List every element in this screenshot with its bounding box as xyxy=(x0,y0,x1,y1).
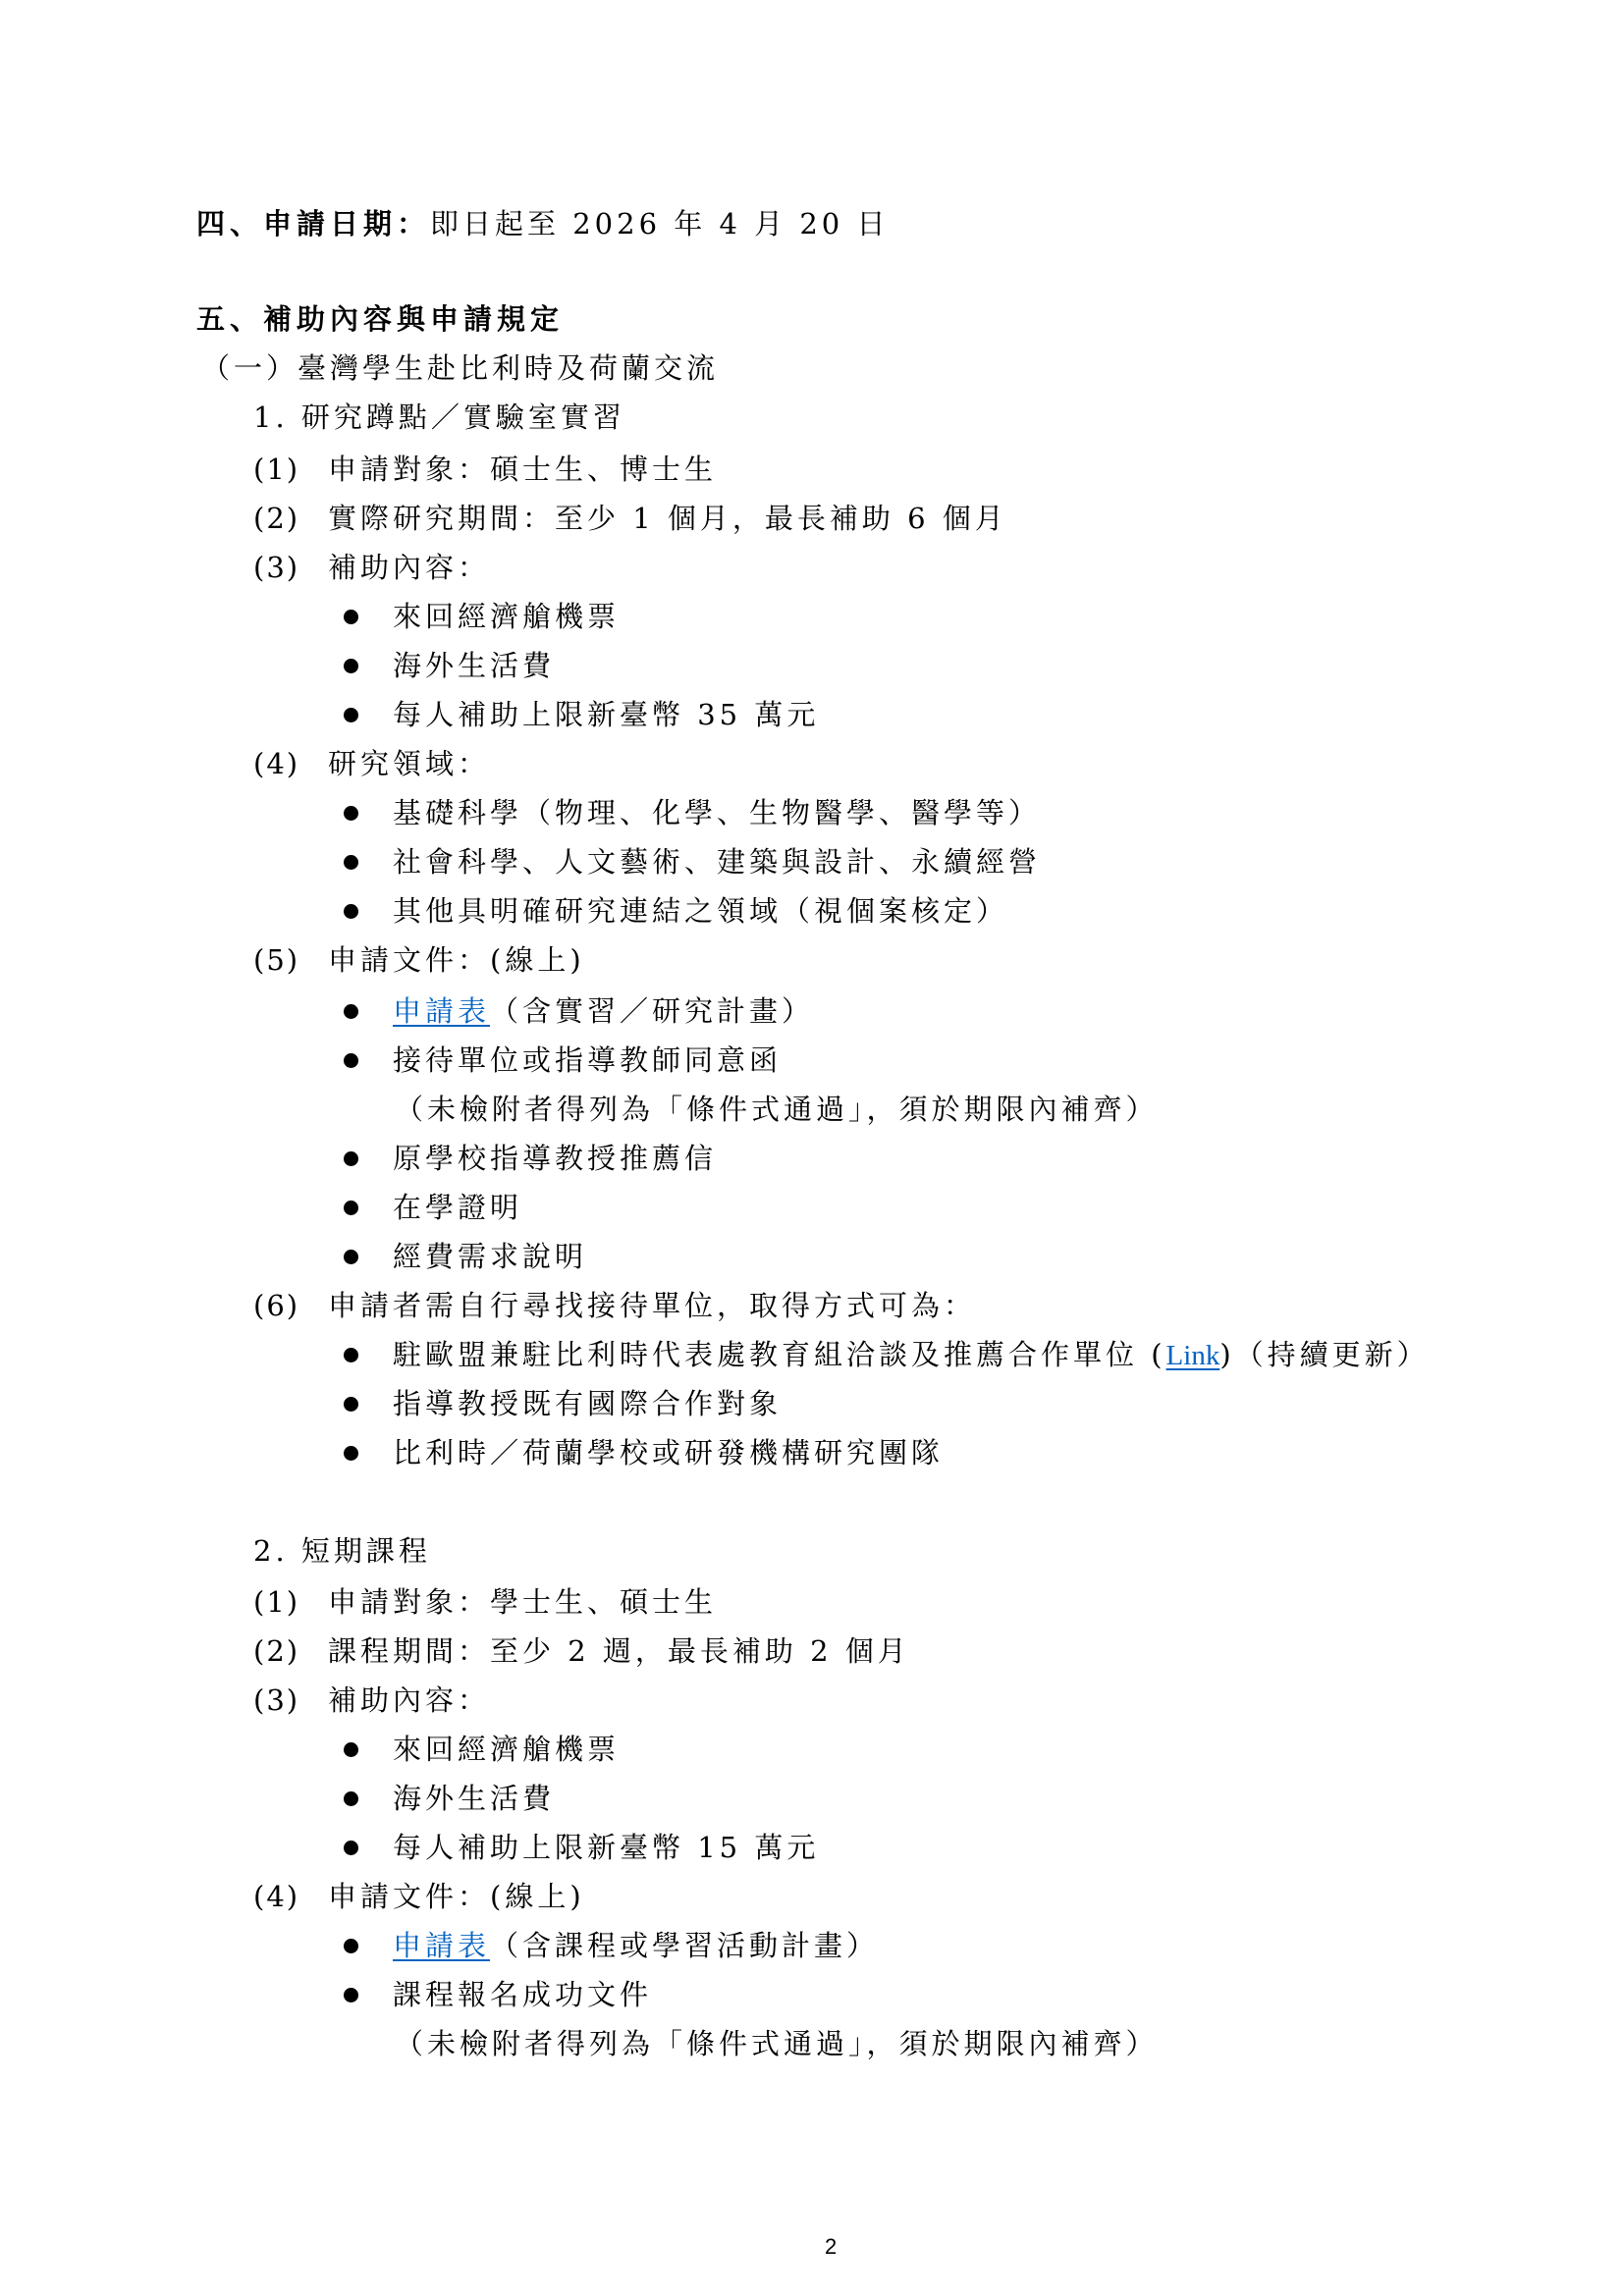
bullet-item: 指導教授既有國際合作對象 xyxy=(393,1384,782,1423)
item-marker: (2) xyxy=(253,499,328,538)
bullet-item: 在學證明 xyxy=(393,1188,522,1227)
bullet-note: （未檢附者得列為「條件式通過」，須於期限內補齊） xyxy=(395,2024,1159,2063)
item-marker: (4) xyxy=(253,1877,328,1916)
subsection-marker: （一） xyxy=(201,348,298,388)
list-item: (2)實際研究期間：至少 1 個月，最長補助 6 個月 xyxy=(253,499,1007,538)
bullet-item: 每人補助上限新臺幣 35 萬元 xyxy=(393,695,819,734)
bullet-item: 申請表（含課程或學習活動計畫） xyxy=(393,1926,879,1965)
bullet-icon xyxy=(344,1004,358,1019)
list-item: (1)申請對象：學士生、碩士生 xyxy=(253,1582,717,1622)
bullet-suffix: （含實習／研究計畫） xyxy=(490,994,814,1028)
bullet-item: 來回經濟艙機票 xyxy=(393,1730,620,1769)
part-2-title: 2. 短期課程 xyxy=(253,1531,431,1571)
section-4-heading: 四、申請日期： xyxy=(196,207,430,240)
bullet-icon xyxy=(344,1053,358,1068)
bullet-icon xyxy=(344,855,358,870)
item-text: 課程期間：至少 2 週，最長補助 2 個月 xyxy=(328,1634,910,1668)
bullet-icon xyxy=(344,610,358,624)
bullet-icon xyxy=(344,1151,358,1166)
bullet-text: 駐歐盟兼駐比利時代表處教育組洽談及推薦合作單位 ( xyxy=(393,1338,1166,1371)
list-item: (5)申請文件：(線上) xyxy=(253,940,585,980)
item-text: 申請對象：學士生、碩士生 xyxy=(328,1585,717,1619)
item-text: 申請文件：(線上) xyxy=(328,943,585,977)
bullet-icon xyxy=(344,1939,358,1953)
application-form-link[interactable]: 申請表 xyxy=(393,994,490,1028)
bullet-item: 申請表（含實習／研究計畫） xyxy=(393,991,814,1031)
list-item: (1)申請對象：碩士生、博士生 xyxy=(253,450,717,489)
item-marker: (2) xyxy=(253,1631,328,1671)
bullet-item: 經費需求說明 xyxy=(393,1237,587,1276)
bullet-item: 海外生活費 xyxy=(393,646,555,685)
subsection-title: 臺灣學生赴比利時及荷蘭交流 xyxy=(298,351,719,385)
item-marker: (5) xyxy=(253,940,328,980)
cooperation-units-link[interactable]: Link xyxy=(1166,1340,1220,1371)
item-marker: (1) xyxy=(253,450,328,489)
item-text: 申請文件：(線上) xyxy=(328,1880,585,1913)
bullet-suffix: （含課程或學習活動計畫） xyxy=(490,1929,879,1962)
bullet-icon xyxy=(344,1201,358,1215)
bullet-note: （未檢附者得列為「條件式通過」，須於期限內補齊） xyxy=(395,1090,1159,1129)
bullet-suffix: )（持續更新） xyxy=(1219,1338,1429,1371)
bullet-icon xyxy=(344,1742,358,1757)
bullet-item: 接待單位或指導教師同意函 xyxy=(393,1041,782,1080)
item-marker: (3) xyxy=(253,1681,328,1720)
bullet-item: 海外生活費 xyxy=(393,1779,555,1818)
item-text: 實際研究期間：至少 1 個月，最長補助 6 個月 xyxy=(328,502,1007,535)
list-item: (4)申請文件：(線上) xyxy=(253,1877,585,1916)
bullet-icon xyxy=(344,1250,358,1264)
bullet-item: 每人補助上限新臺幣 15 萬元 xyxy=(393,1828,819,1867)
item-text: 研究領域： xyxy=(328,747,490,780)
bullet-icon xyxy=(344,1446,358,1461)
bullet-item: 比利時／荷蘭學校或研發機構研究團隊 xyxy=(393,1433,944,1472)
bullet-icon xyxy=(344,708,358,722)
bullet-item: 社會科學、人文藝術、建築與設計、永續經營 xyxy=(393,842,1041,881)
item-marker: (4) xyxy=(253,744,328,783)
bullet-item: 來回經濟艙機票 xyxy=(393,597,620,636)
page-number: 2 xyxy=(825,2234,837,2260)
list-item: (3)補助內容： xyxy=(253,1681,490,1720)
item-marker: (6) xyxy=(253,1286,328,1325)
list-item: (3)補助內容： xyxy=(253,548,490,587)
bullet-item: 原學校指導教授推薦信 xyxy=(393,1139,717,1178)
item-text: 申請者需自行尋找接待單位，取得方式可為： xyxy=(328,1289,976,1322)
part-1-title: 1. 研究蹲點／實驗室實習 xyxy=(253,398,625,437)
bullet-icon xyxy=(344,1988,358,2002)
item-text: 申請對象：碩士生、博士生 xyxy=(328,453,717,486)
bullet-icon xyxy=(344,806,358,821)
application-form-link[interactable]: 申請表 xyxy=(393,1929,490,1962)
bullet-icon xyxy=(344,1791,358,1806)
bullet-item: 基礎科學（物理、化學、生物醫學、醫學等） xyxy=(393,793,1041,832)
subsection-1-heading: （一）臺灣學生赴比利時及荷蘭交流 xyxy=(201,348,719,388)
application-date-value: 即日起至 2026 年 4 月 20 日 xyxy=(430,207,889,240)
bullet-icon xyxy=(344,1397,358,1412)
bullet-icon xyxy=(344,904,358,919)
list-item: (6)申請者需自行尋找接待單位，取得方式可為： xyxy=(253,1286,976,1325)
application-date-line: 四、申請日期：即日起至 2026 年 4 月 20 日 xyxy=(196,204,889,243)
bullet-item: 駐歐盟兼駐比利時代表處教育組洽談及推薦合作單位 (Link)（持續更新） xyxy=(393,1335,1430,1375)
bullet-item: 課程報名成功文件 xyxy=(393,1975,652,2014)
section-5-heading: 五、補助內容與申請規定 xyxy=(196,299,564,339)
list-item: (4)研究領域： xyxy=(253,744,490,783)
bullet-item: 其他具明確研究連結之領域（視個案核定） xyxy=(393,891,1008,931)
item-marker: (1) xyxy=(253,1582,328,1622)
bullet-icon xyxy=(344,659,358,673)
item-text: 補助內容： xyxy=(328,1683,490,1717)
bullet-icon xyxy=(344,1841,358,1855)
item-text: 補助內容： xyxy=(328,551,490,584)
list-item: (2)課程期間：至少 2 週，最長補助 2 個月 xyxy=(253,1631,910,1671)
item-marker: (3) xyxy=(253,548,328,587)
bullet-icon xyxy=(344,1348,358,1362)
